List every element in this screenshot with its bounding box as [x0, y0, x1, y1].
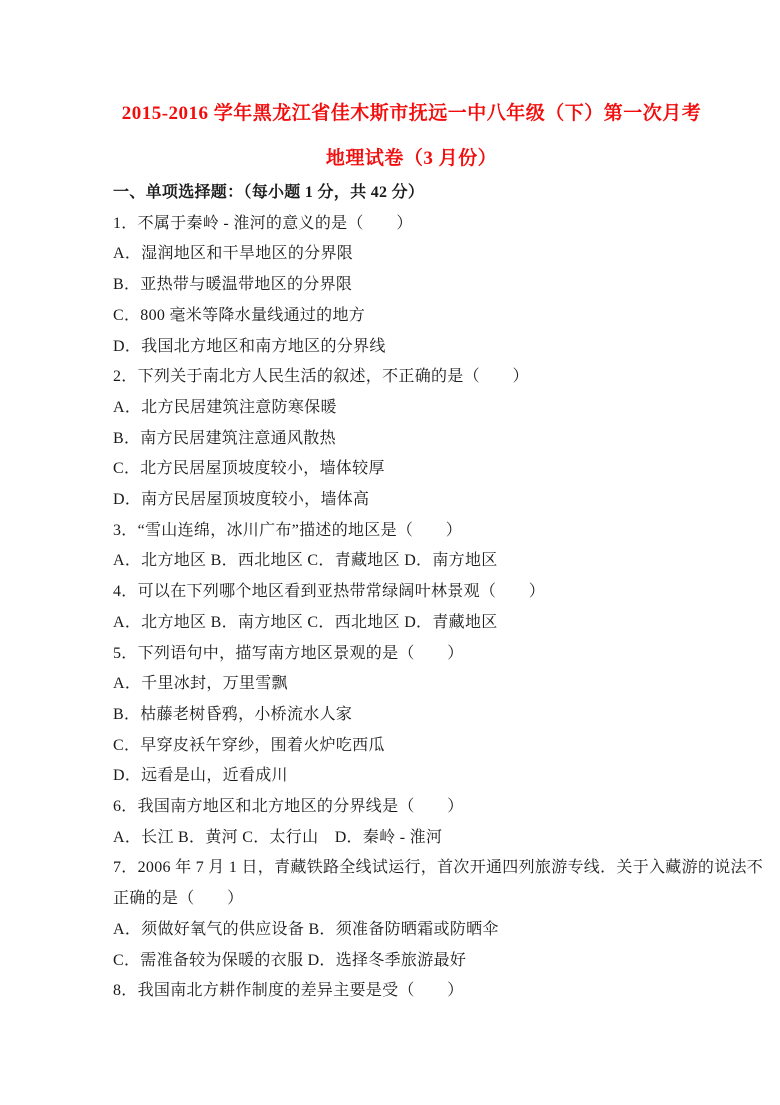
question-6-stem-line: 6．我国南方地区和北方地区的分界线是（ ） — [113, 792, 710, 823]
question-7-stem-line: 7．2006 年 7 月 1 日，青藏铁路全线试运行，首次开通四列旅游专线．关于… — [113, 853, 710, 884]
questions-container: 1．不属于秦岭 - 淮河的意义的是（ ）A．湿润地区和干旱地区的分界限B．亚热带… — [113, 209, 710, 1007]
question-8-stem-line: 8．我国南北方耕作制度的差异主要是受（ ） — [113, 976, 710, 1007]
document-body: 一、单项选择题：（每小题 1 分，共 42 分） 1．不属于秦岭 - 淮河的意义… — [113, 178, 710, 1007]
question-3-option-line: A．北方地区 B．西北地区 C．青藏地区 D．南方地区 — [113, 546, 710, 577]
question-5-stem-line: 5．下列语句中，描写南方地区景观的是（ ） — [113, 639, 710, 670]
question-2-option-line: B．南方民居建筑注意通风散热 — [113, 424, 710, 455]
section-heading: 一、单项选择题：（每小题 1 分，共 42 分） — [113, 178, 710, 209]
question-2-option-line: D．南方民居屋顶坡度较小，墙体高 — [113, 485, 710, 516]
question-1-stem-line: 1．不属于秦岭 - 淮河的意义的是（ ） — [113, 209, 710, 240]
document-title-line2: 地理试卷（3 月份） — [113, 136, 710, 181]
question-3-stem-line: 3．“雪山连绵，冰川广布”描述的地区是（ ） — [113, 516, 710, 547]
question-5-option-line: D．远看是山，近看成川 — [113, 761, 710, 792]
question-5-option-line: A．千里冰封，万里雪飘 — [113, 669, 710, 700]
question-1-option-line: B．亚热带与暖温带地区的分界限 — [113, 270, 710, 301]
question-7-stem-line: 正确的是（ ） — [113, 884, 710, 915]
question-2-stem-line: 2．下列关于南北方人民生活的叙述，不正确的是（ ） — [113, 362, 710, 393]
question-4-option-line: A．北方地区 B．南方地区 C．西北地区 D．青藏地区 — [113, 608, 710, 639]
document-title-line1: 2015-2016 学年黑龙江省佳木斯市抚远一中八年级（下）第一次月考 — [113, 91, 710, 136]
question-1-option-line: A．湿润地区和干旱地区的分界限 — [113, 239, 710, 270]
question-5-option-line: B．枯藤老树昏鸦，小桥流水人家 — [113, 700, 710, 731]
question-4-stem-line: 4．可以在下列哪个地区看到亚热带常绿阔叶林景观（ ） — [113, 577, 710, 608]
question-5-option-line: C．早穿皮袄午穿纱，围着火炉吃西瓜 — [113, 731, 710, 762]
question-6-option-line: A．长江 B．黄河 C．太行山 D．秦岭 - 淮河 — [113, 823, 710, 854]
question-2-option-line: C．北方民居屋顶坡度较小，墙体较厚 — [113, 454, 710, 485]
question-7-option-line: C．需准备较为保暖的衣服 D．选择冬季旅游最好 — [113, 946, 710, 977]
document-page: 2015-2016 学年黑龙江省佳木斯市抚远一中八年级（下）第一次月考 地理试卷… — [0, 0, 780, 1105]
document-title: 2015-2016 学年黑龙江省佳木斯市抚远一中八年级（下）第一次月考 地理试卷… — [113, 91, 710, 181]
question-1-option-line: D．我国北方地区和南方地区的分界线 — [113, 332, 710, 363]
question-2-option-line: A．北方民居建筑注意防寒保暖 — [113, 393, 710, 424]
question-1-option-line: C．800 毫米等降水量线通过的地方 — [113, 301, 710, 332]
question-7-option-line: A．须做好氧气的供应设备 B．须准备防晒霜或防晒伞 — [113, 915, 710, 946]
